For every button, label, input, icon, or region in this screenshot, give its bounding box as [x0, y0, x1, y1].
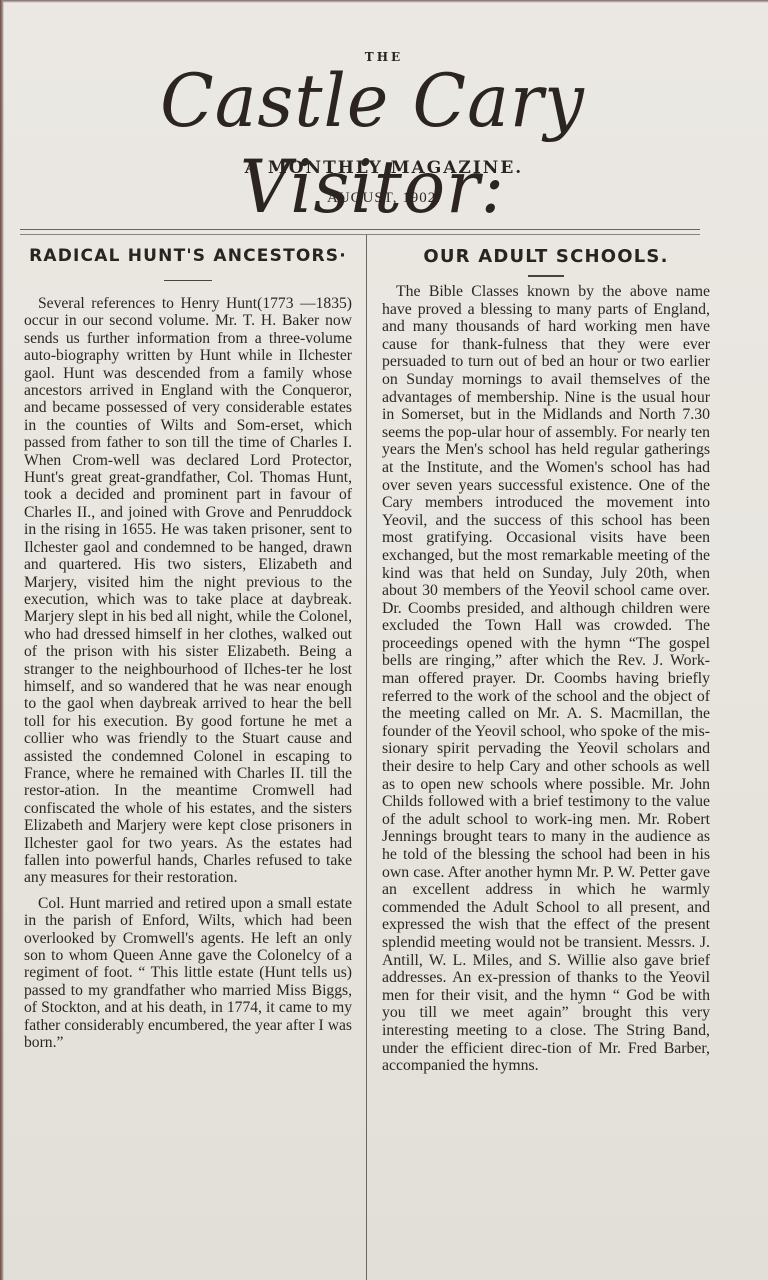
column-divider [366, 235, 367, 1280]
magazine-page: THE Castle Cary Visitor: A MONTHLY MAGAZ… [0, 0, 768, 1280]
heading-rule [164, 280, 212, 281]
page-top-edge [0, 0, 768, 3]
masthead-subtitle: A MONTHLY MAGAZINE. [0, 158, 768, 178]
article-radical-hunts-ancestors: RADICAL HUNT'S ANCESTORS· Several refere… [24, 240, 352, 1059]
header-rule-secondary [20, 234, 700, 235]
issue-date: AUGUST, 1902. [0, 190, 768, 207]
article-paragraph: Col. Hunt married and retired upon a sma… [24, 895, 352, 1052]
article-paragraph: Several references to Henry Hunt(1773 —1… [24, 295, 352, 887]
header-rule [20, 229, 700, 230]
heading-rule [528, 275, 564, 277]
article-our-adult-schools: OUR ADULT SCHOOLS. The Bible Classes kno… [382, 240, 710, 1083]
article-paragraph: The Bible Classes known by the above nam… [382, 283, 710, 1075]
article-heading: OUR ADULT SCHOOLS. [382, 246, 710, 267]
article-heading: RADICAL HUNT'S ANCESTORS· [24, 246, 352, 266]
